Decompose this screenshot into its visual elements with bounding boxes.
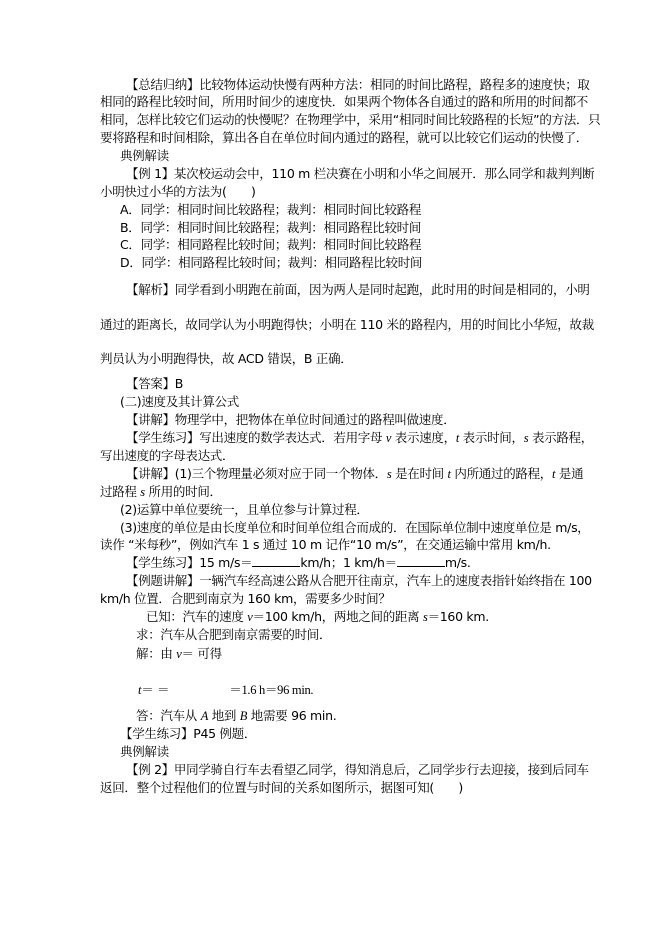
example1-question-line-2: 小明快过小华的方法为( ) (100, 183, 562, 200)
worked-example-known: 已知：汽车的速度 v＝100 km/h，两地之间的距离 s＝160 km. (146, 608, 608, 626)
lecture-speed-definition: 【讲解】物理学中，把物体在单位时间通过的路程叫做速度． (126, 411, 562, 428)
worked-example-find: 求：汽车从合肥到南京需要的时间． (136, 626, 598, 643)
point3-line-2: 读作 “米每秒”，例如汽车 1 s 通过 10 m 记作“10 m/s”，在交通… (100, 536, 562, 553)
answer-blank-ms[interactable] (397, 554, 445, 567)
practice1-line-2: 写出速度的字母表达式． (100, 447, 562, 464)
answer-blank-kmh[interactable] (252, 554, 300, 567)
example1-option-b: B．同学：相同时间比较路程；裁判：相同路程比较时间 (120, 219, 582, 236)
worked-example-line-1: 【例题讲解】一辆汽车经高速公路从合肥开往南京，汽车上的速度表指针始终指在 100 (126, 572, 562, 589)
worked-example-answer: 答：汽车从 A 地到 B 地需要 96 min. (136, 707, 598, 725)
example1-question-line-1: 【例 1】某次校运动会中，110 m 栏决赛在小明和小华之间展开．那么同学和裁判… (126, 165, 562, 182)
summary-line-4: 要将路程和时间相除，算出各自在单位时间内通过的路程，就可以比较它们运动的快慢了． (100, 129, 562, 146)
lecture2-line-1: 【讲解】(1)三个物理量必须对应于同一个物体．s 是在时间 t 内所通过的路程，… (126, 465, 562, 483)
example1-option-d: D．同学：相同路程比较时间；裁判：相同路程比较时间 (120, 254, 582, 271)
example1-analysis-line-2: 通过的距离长，故同学认为小明跑得快；小明在 110 米的路程内，用的时间比小华短… (100, 316, 562, 333)
worked-example-calculation: t＝ ＝＝1.6 h＝96 min. (138, 681, 600, 699)
example1-analysis-line-1: 【解析】同学看到小明跑在前面，因为两人是同时起跑，此时用的时间是相同的，小明 (126, 281, 562, 298)
section-heading-example-reading: 典例解读 (120, 147, 582, 164)
practice1-line-1: 【学生练习】写出速度的数学表达式．若用字母 v 表示速度，t 表示时间，s 表示… (126, 429, 562, 447)
worked-example-solve: 解：由 v＝ 可得 (136, 645, 598, 663)
section2-title: (二)速度及其计算公式 (120, 393, 582, 410)
example1-analysis-line-3: 判员认为小明跑得快，故 ACD 错误，B 正确． (100, 350, 562, 367)
point2-unit-consistency: (2)运算中单位要统一，且单位参与计算过程． (120, 501, 582, 518)
example1-answer: 【答案】B (126, 375, 562, 392)
lecture2-line-2: 过路程 s 所用的时间． (100, 483, 562, 501)
section-heading-example-reading-2: 典例解读 (120, 743, 582, 760)
point3-line-1: (3)速度的单位是由长度单位和时间单位组合而成的．在国际单位制中速度单位是 m/… (120, 519, 582, 536)
summary-line-3: 相同，怎样比较它们运动的快慢呢？在物理学中，采用“相同时间比较路程的长短”的方法… (100, 111, 562, 128)
student-practice-p45: 【学生练习】P45 例题． (120, 725, 582, 742)
worked-example-line-2: km/h 位置．合肥到南京为 160 km，需要多少时间？ (100, 590, 562, 607)
example1-option-c: C．同学：相同路程比较时间；裁判：相同时间比较路程 (120, 236, 582, 253)
example2-line-1: 【例 2】甲同学骑自行车去看望乙同学，得知消息后，乙同学步行去迎接，接到后同车 (126, 761, 562, 778)
summary-line-1: 【总结归纳】比较物体运动快慢有两种方法：相同的时间比路程，路程多的速度快；取 (126, 76, 562, 93)
summary-line-2: 相同的路程比较时间，所用时间少的速度快．如果两个物体各自通过的路和所用的时间都不 (100, 93, 562, 110)
document-page: 【总结归纳】比较物体运动快慢有两种方法：相同的时间比路程，路程多的速度快；取 相… (0, 0, 661, 935)
example1-option-a: A．同学：相同时间比较路程；裁判：相同时间比较路程 (120, 201, 582, 218)
practice2-unit-conversion: 【学生练习】15 m/s＝km/h；1 km/h＝m/s. (126, 554, 562, 571)
example2-line-2: 返回．整个过程他们的位置与时间的关系如图所示，据图可知( ) (100, 779, 562, 796)
